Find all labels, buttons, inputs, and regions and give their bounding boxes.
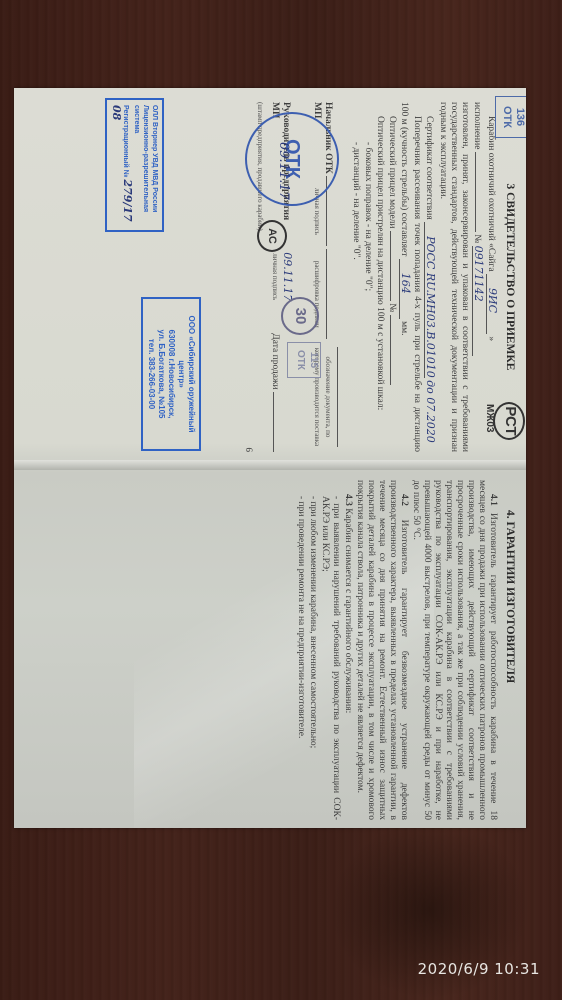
warranty-clause-4-3: 4.3 Карабин снимается с гарантийного обс… (342, 480, 353, 820)
number-sign: № (472, 234, 482, 243)
director-sign-block: 09.11.17 личная подпись (269, 252, 293, 301)
optic-model-blank (390, 231, 391, 301)
version-label: исполнение (472, 102, 482, 149)
optic-number-sign: № (387, 303, 397, 312)
photo-timestamp: 2020/6/9 10:31 (418, 960, 540, 978)
doc-line (337, 347, 338, 447)
warranty-bullet-1: - при выявлении нарушений требований рук… (319, 480, 341, 820)
police-stamp-line-1: ОЛЛ Вторнер УВД МВД России (150, 105, 159, 225)
optic-item-1: - боковых поправок - на деление "0"; (362, 102, 373, 452)
cert-handwritten: РОСС RU.МН03.В.01010 (424, 222, 436, 378)
acceptance-body: изготовлен, принят, законсервирован и уп… (437, 102, 470, 452)
police-stamp-reg-label: Регистрационный № (122, 105, 129, 177)
warranty-bullet-1-text: при выявлении нарушений требований руков… (320, 496, 341, 820)
rst-certification-logo: РСТ (493, 402, 525, 440)
warranty-title: 4. ГАРАНТИИ ИЗГОТОВИТЕЛЯ (504, 510, 515, 820)
clause-4-3-label: 4.3 (343, 494, 353, 506)
warranty-clause-4-1: 4.1 Изготовитель гарантирует работоспосо… (410, 480, 498, 820)
version-blank (475, 152, 476, 232)
clause-4-2-label: 4.2 (399, 494, 409, 506)
warranty-page: 4. ГАРАНТИИ ИЗГОТОВИТЕЛЯ 4.1 Изготовител… (14, 470, 526, 828)
rifle-model-handwritten: 9ИС (486, 274, 498, 334)
seller-stamp-phone: тел. 383-266-03-00 (146, 304, 156, 444)
police-stamp-reg-number: 279/17 (121, 179, 134, 221)
otk-date-handwritten: 09.11.17 (278, 142, 289, 200)
police-stamp-date: 08 (110, 105, 123, 120)
otk-stamp-136: 136 ОТК (495, 96, 526, 138)
clause-4-2-text: Изготовитель гарантирует безвозмездное у… (355, 480, 409, 820)
certificate-title: 3 СВИДЕТЕЛЬСТВО О ПРИЕМКЕ (504, 102, 515, 452)
sale-date-line (273, 392, 274, 452)
seller-stamp-address-1: 630008 г.Новосибирск, (166, 304, 176, 444)
warranty-bullet-2-text: при любом изменении карабина, внесенном … (308, 502, 318, 749)
otk-stamp-136-label: ОТК (500, 97, 513, 137)
police-registration-stamp: ОЛЛ Вторнер УВД МВД России Лицензионно-р… (105, 98, 164, 232)
seller-stamp-address-2: ул. Б.Богаткова, №105 (156, 304, 166, 444)
optic-label: Оптический прицел модели (387, 116, 397, 228)
stamp-30: 30 (281, 297, 319, 335)
quote-close: » (486, 336, 496, 341)
otk-decode-line (326, 249, 327, 339)
cert-handwritten-validity: до 07.2020 (424, 380, 437, 443)
document-paper: 3 СВИДЕТЕЛЬСТВО О ПРИЕМКЕ Карабин охотни… (14, 88, 526, 828)
director-date: 09.11.17 (281, 252, 294, 301)
otk-stamp-115-number: 115 (307, 343, 320, 377)
cert-line: Сертификат соответствия РОСС RU.МН03.В.0… (423, 102, 436, 452)
optic-number-blank (390, 315, 391, 385)
rifle-model-label: Карабин охотничий охотничий «Сайга (486, 116, 496, 272)
otk-stamp-115-label: ОТК (294, 343, 307, 377)
optic-zero-text: Оптический прицел пристрелян на дистанци… (374, 102, 385, 452)
optic-item-2: - дистанций - на деление "0". (350, 102, 361, 452)
clause-4-3-text: Карабин снимается с гарантийного обслужи… (343, 508, 353, 713)
optic-model-line: Оптический прицел модели № (386, 102, 397, 452)
otk-round-stamp: ОТК (245, 112, 339, 206)
otk-stamp-115: 115 ОТК (287, 342, 321, 378)
director-sign-caption: личная подпись (269, 252, 280, 301)
police-stamp-line-2: Лицензионно-разрешительная система (132, 105, 150, 225)
seller-stamp-name: ООО «Сибирский оружейный центр» (176, 304, 196, 444)
police-stamp-reg: Регистрационный № 279/17 08 (110, 105, 132, 225)
clause-4-1-text: Изготовитель гарантирует работоспособнос… (411, 480, 498, 820)
certificate-page: 3 СВИДЕТЕЛЬСТВО О ПРИЕМКЕ Карабин охотни… (14, 88, 526, 460)
warranty-bullet-2: - при любом изменении карабина, внесенно… (307, 480, 318, 820)
rifle-model-line: Карабин охотничий охотничий «Сайга 9ИС » (485, 102, 498, 452)
dispersion-line: Поперечник рассеивания точек попадания 4… (398, 102, 422, 452)
serial-line: исполнение № 09171142 (471, 102, 484, 452)
dispersion-value: 164 (399, 259, 411, 319)
warranty-clause-4-2: 4.2 Изготовитель гарантирует безвозмездн… (354, 480, 409, 820)
ac-stamp: АС (257, 220, 287, 252)
rst-code: МЖ03 (484, 404, 495, 433)
paper-fold (14, 460, 526, 470)
sale-date-label: Дата продажи (270, 333, 280, 389)
cert-label: Сертификат соответствия (424, 116, 434, 220)
sale-date-block: Дата продажи (269, 333, 280, 452)
seller-stamp: ООО «Сибирский оружейный центр» 630008 г… (141, 297, 201, 451)
serial-number-handwritten: 09171142 (472, 246, 484, 356)
warranty-bullet-3-text: при проведении ремонта не на предприятии… (296, 502, 306, 739)
otk-stamp-136-number: 136 (513, 97, 526, 137)
clause-4-1-label: 4.1 (488, 494, 498, 506)
warranty-bullet-3: - при проведении ремонта не на предприят… (295, 480, 306, 820)
dispersion-unit: мм. (399, 321, 409, 335)
